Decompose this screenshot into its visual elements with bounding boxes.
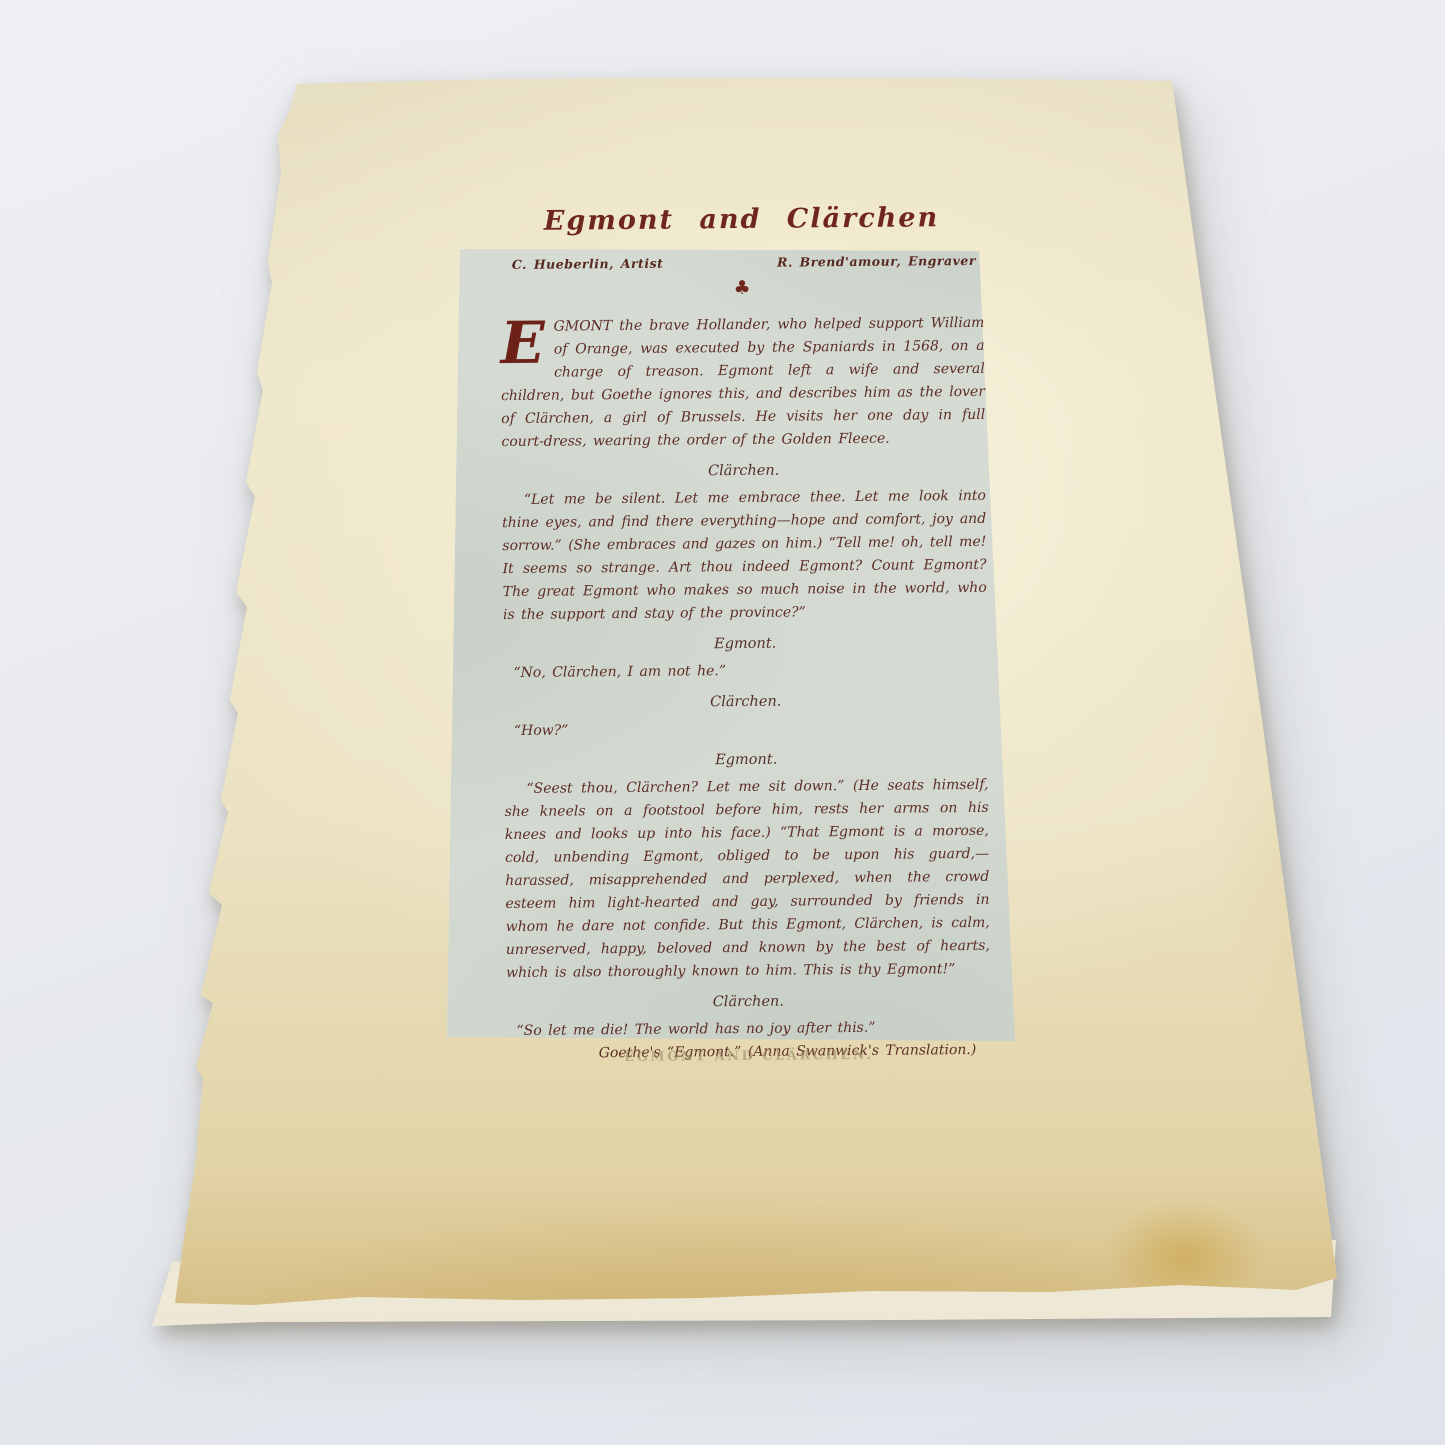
dialogue-speaker-heading: Clärchen. bbox=[504, 689, 988, 716]
drop-cap: E bbox=[500, 320, 545, 366]
dialogue-speaker-heading: Clärchen. bbox=[506, 989, 990, 1016]
running-caption: EGMONT AND CLÄRCHEN. bbox=[507, 1047, 991, 1066]
page-title: Egmont and Clärchen bbox=[499, 202, 983, 238]
dialogue-text: “Let me be silent. Let me embrace thee. … bbox=[502, 485, 987, 627]
dialogue-speaker-heading: Egmont. bbox=[504, 747, 988, 774]
text-column: Egmont and Clärchen C. Hueberlin, Artist… bbox=[499, 202, 990, 1066]
dialogue-speaker-heading: Egmont. bbox=[503, 631, 987, 658]
intro-paragraph: EGMONT the brave Hollander, who helped s… bbox=[500, 312, 985, 454]
photo-of-book-leaf: Egmont and Clärchen C. Hueberlin, Artist… bbox=[0, 0, 1445, 1445]
intro-paragraph-text: GMONT the brave Hollander, who helped su… bbox=[501, 315, 985, 450]
fleuron-ornament-icon: ♣ bbox=[500, 275, 984, 301]
artist-credit: C. Hueberlin, Artist bbox=[512, 252, 664, 276]
engraver-credit: R. Brend'amour, Engraver bbox=[777, 249, 976, 274]
dialogue-text: “No, Clärchen, I am not he.” bbox=[503, 658, 987, 685]
dialogue-speaker-heading: Clärchen. bbox=[502, 458, 986, 485]
dialogue-text: “How?” bbox=[504, 716, 988, 743]
dialogue-text: “Seest thou, Clärchen? Let me sit down.”… bbox=[504, 774, 990, 985]
credits-row: C. Hueberlin, Artist R. Brend'amour, Eng… bbox=[500, 249, 984, 276]
printed-text-layer: Egmont and Clärchen C. Hueberlin, Artist… bbox=[0, 0, 1445, 1445]
